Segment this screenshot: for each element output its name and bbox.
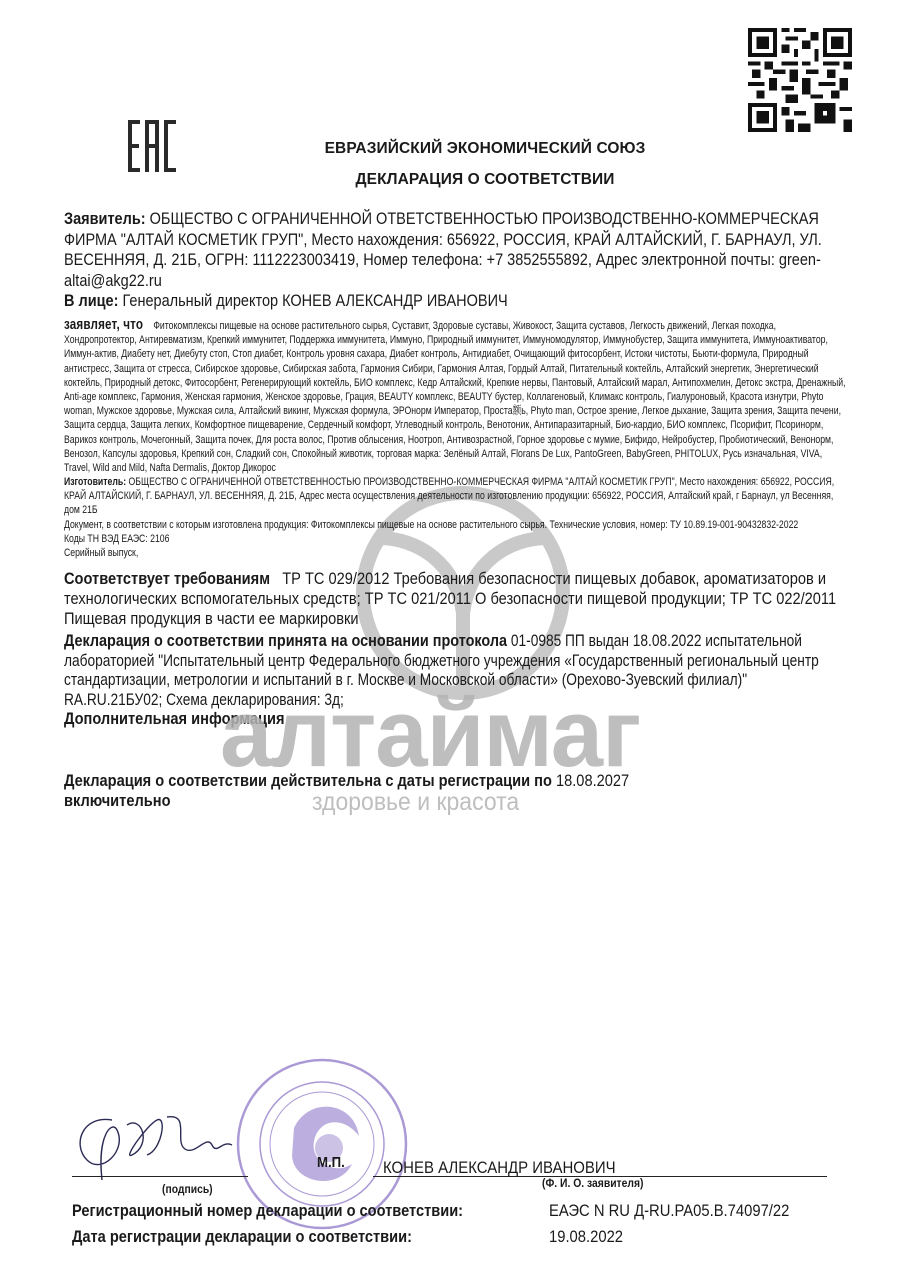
validity-section: Декларация о соответствии действительна … — [64, 771, 842, 811]
basis-label: Декларация о соответствии принята на осн… — [64, 631, 507, 650]
manufacturer-document: Документ, в соответствии с которым изгот… — [64, 519, 798, 531]
declares-section: заявляет, что Фитокомплексы пищевые на о… — [64, 318, 848, 475]
registration-date-label: Дата регистрации декларации о соответств… — [72, 1227, 412, 1247]
declares-label: заявляет, что — [64, 316, 143, 333]
manufacturer-label: Изготовитель: — [64, 476, 126, 488]
applicant-section: Заявитель: ОБЩЕСТВО С ОГРАНИЧЕННОЙ ОТВЕТ… — [64, 209, 825, 291]
validity-label: Декларация о соответствии действительна … — [64, 771, 552, 790]
requirements-section: Соответствует требованиям ТР ТС 029/2012… — [64, 569, 842, 629]
qr-code-icon[interactable] — [748, 28, 852, 132]
requirements-label: Соответствует требованиям — [64, 569, 270, 588]
applicant-label: Заявитель: — [64, 210, 146, 228]
validity-suffix: включительно — [64, 791, 171, 810]
signature-caption: (подпись) — [162, 1184, 213, 1196]
signer-name: КОНЕВ АЛЕКСАНДР ИВАНОВИЧ — [383, 1158, 616, 1178]
watermark-brand: алтаймаг — [220, 686, 640, 782]
validity-date: 18.08.2027 — [556, 771, 629, 790]
manufacturer-section: Изготовитель: ОБЩЕСТВО С ОГРАНИЧЕННОЙ ОТ… — [64, 475, 848, 560]
applicant-text: ОБЩЕСТВО С ОГРАНИЧЕННОЙ ОТВЕТСТВЕННОСТЬЮ… — [64, 210, 822, 290]
manufacturer-text: ОБЩЕСТВО С ОГРАНИЧЕННОЙ ОТВЕТСТВЕННОСТЬЮ… — [64, 476, 834, 516]
registration-number-label: Регистрационный номер декларации о соотв… — [72, 1201, 463, 1221]
batch-type: Серийный выпуск, — [64, 547, 138, 559]
representative-text: Генеральный директор КОНЕВ АЛЕКСАНДР ИВА… — [122, 292, 507, 310]
document-title: ДЕКЛАРАЦИЯ О СООТВЕТСТВИИ — [0, 171, 900, 189]
signature-line — [72, 1176, 248, 1177]
representative-section: В лице: Генеральный директор КОНЕВ АЛЕКС… — [64, 291, 508, 311]
stamp-label: М.П. — [317, 1154, 345, 1171]
signature-icon — [72, 1105, 252, 1185]
registration-number-value: ЕАЭС N RU Д-RU.PA05.B.74097/22 — [549, 1201, 789, 1221]
name-caption: (Ф. И. О. заявителя) — [542, 1178, 643, 1190]
hs-codes: Коды ТН ВЭД ЕАЭС: 2106 — [64, 533, 169, 545]
product-list: Фитокомплексы пищевые на основе растител… — [64, 320, 846, 474]
registration-date-value: 19.08.2022 — [549, 1227, 623, 1247]
representative-label: В лице: — [64, 292, 118, 310]
union-title: ЕВРАЗИЙСКИЙ ЭКОНОМИЧЕСКИЙ СОЮЗ — [0, 140, 900, 158]
